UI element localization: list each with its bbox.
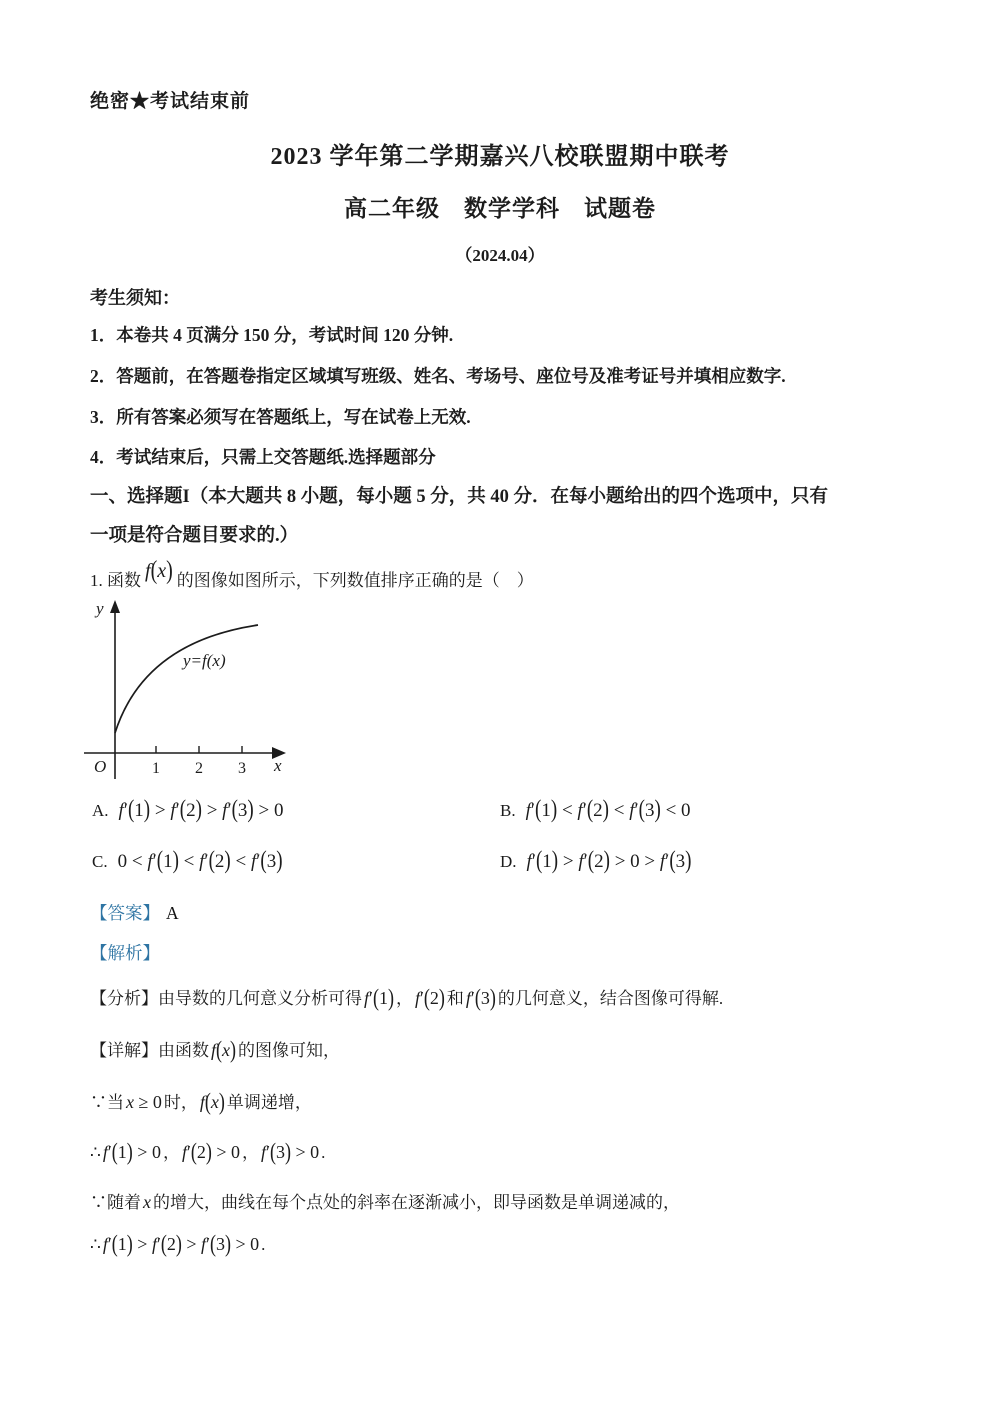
notice-heading: 考生须知： xyxy=(90,284,180,310)
detail-text-post: 的图像可知， xyxy=(238,1041,340,1060)
detail-line: 【详解】由函数f(x)的图像可知， xyxy=(90,1036,340,1061)
step1-text-post: 单调递增， xyxy=(227,1093,312,1112)
step2-comma-1: ， xyxy=(163,1143,180,1162)
option-c-expression: 0 < f′(1) < f′(2) < f′(3) xyxy=(118,851,283,873)
function-curve xyxy=(115,625,258,733)
x-tick-label-2: 2 xyxy=(195,760,203,777)
exam-title: 2023 学年第二学期嘉兴八校联盟期中联考 xyxy=(0,136,1000,171)
question-1-text: 的图像如图所示，下列数值排序正确的是（ ） xyxy=(177,571,534,590)
option-d: D.f′(1) > f′(2) > 0 > f′(3) xyxy=(500,851,693,873)
solution-step-1: ∵当x ≥ 0时，f(x)单调递增， xyxy=(90,1088,312,1113)
exam-paper-page: 绝密★考试结束前 2023 学年第二学期嘉兴八校联盟期中联考 高二年级 数学学科… xyxy=(0,0,1000,1414)
analysis-tag: 【分析】 xyxy=(90,989,158,1008)
notice-item-3: 3．所有答案必须写在答题纸上，写在试卷上无效. xyxy=(90,404,471,429)
analysis-comma-1: ， xyxy=(396,989,413,1008)
detail-math-1: f(x) xyxy=(211,1040,236,1061)
step3-text-post: 的增大，曲线在每个点处的斜率在逐渐减小，即导函数是单调递减的， xyxy=(153,1193,680,1212)
option-b-label: B. xyxy=(500,801,516,820)
question-1: 1. 函数f(x)的图像如图所示，下列数值排序正确的是（ ） xyxy=(90,566,534,592)
step2-math-3: f′(3) > 0 xyxy=(261,1142,319,1163)
step2-math-1: f′(1) > 0 xyxy=(103,1142,161,1163)
notice-item-2: 2．答题前，在答题卷指定区域填写班级、姓名、考场号、座位号及准考证号并填相应数字… xyxy=(90,363,786,388)
analysis-text-pre: 由导数的几何意义分析可得 xyxy=(158,989,362,1008)
solution-step-4: ∴f′(1) > f′(2) > f′(3) > 0. xyxy=(90,1234,265,1255)
answer-value: A xyxy=(166,903,179,923)
step4-period: . xyxy=(261,1235,265,1254)
solution-step-3: ∵随着x的增大，曲线在每个点处的斜率在逐渐减小，即导函数是单调递减的， xyxy=(90,1188,680,1213)
step3-text-pre: ∵随着 xyxy=(90,1193,141,1212)
analysis-text-post: 的几何意义，结合图像可得解. xyxy=(498,989,723,1008)
explanation-tag: 【解析】 xyxy=(90,943,160,963)
notice-item-4: 4．考试结束后，只需上交答题纸.选择题部分 xyxy=(90,444,436,469)
notice-item-1: 1．本卷共 4 页满分 150 分，考试时间 120 分钟. xyxy=(90,322,453,347)
answer-tag: 【答案】 xyxy=(90,903,160,923)
option-c: C.0 < f′(1) < f′(2) < f′(3) xyxy=(92,851,285,873)
option-a-expression: f′(1) > f′(2) > f′(3) > 0 xyxy=(119,800,284,822)
y-axis-arrow-icon xyxy=(110,600,120,613)
exam-subtitle: 高二年级 数学学科 试题卷 xyxy=(0,190,1000,223)
option-b-expression: f′(1) < f′(2) < f′(3) < 0 xyxy=(526,800,691,822)
analysis-math-2: f′(2) xyxy=(415,988,445,1009)
origin-label: O xyxy=(94,757,106,776)
y-axis-label: y xyxy=(94,599,104,618)
x-axis-label: x xyxy=(273,756,282,775)
step1-text-mid: 时， xyxy=(164,1093,198,1112)
option-d-expression: f′(1) > f′(2) > 0 > f′(3) xyxy=(527,851,692,873)
curve-equation-label: y=f(x) xyxy=(181,651,226,670)
question-1-lead: 函数 xyxy=(107,571,141,590)
analysis-math-1: f′(1) xyxy=(364,988,394,1009)
step2-text-pre: ∴ xyxy=(90,1143,101,1162)
option-a-label: A. xyxy=(92,801,109,820)
question-1-number: 1. xyxy=(90,571,103,590)
analysis-math-3: f′(3) xyxy=(466,988,496,1009)
step1-math-2: f(x) xyxy=(200,1092,225,1113)
detail-tag: 【详解】 xyxy=(90,1041,158,1060)
question-1-fx-math: f(x) xyxy=(145,560,173,583)
step3-math-1: x xyxy=(143,1192,151,1213)
step1-text-pre: ∵当 xyxy=(90,1093,124,1112)
solution-step-2: ∴f′(1) > 0，f′(2) > 0，f′(3) > 0. xyxy=(90,1138,325,1163)
option-d-label: D. xyxy=(500,852,517,871)
analysis-text-and: 和 xyxy=(447,989,464,1008)
explanation-tag-line: 【解析】 xyxy=(90,940,160,965)
answer-line: 【答案】A xyxy=(90,900,179,925)
x-tick-label-1: 1 xyxy=(152,760,160,777)
step2-period: . xyxy=(321,1143,325,1162)
x-tick-label-3: 3 xyxy=(238,760,246,777)
exam-date: （2024.04） xyxy=(0,241,1000,266)
step2-comma-2: ， xyxy=(242,1143,259,1162)
step2-math-2: f′(2) > 0 xyxy=(182,1142,240,1163)
option-c-label: C. xyxy=(92,852,108,871)
analysis-line: 【分析】由导数的几何意义分析可得f′(1)，f′(2)和f′(3)的几何意义，结… xyxy=(90,984,723,1009)
step4-text-pre: ∴ xyxy=(90,1235,101,1254)
classification-banner: 绝密★考试结束前 xyxy=(90,86,250,113)
option-a: A.f′(1) > f′(2) > f′(3) > 0 xyxy=(92,800,285,822)
step4-math-1: f′(1) > f′(2) > f′(3) > 0 xyxy=(103,1234,259,1255)
detail-text-pre: 由函数 xyxy=(158,1041,209,1060)
function-graph: y O 1 2 3 x y=f(x) xyxy=(78,596,313,796)
section-one-heading: 一、选择题I（本大题共 8 小题，每小题 5 分，共 40 分．在每小题给出的四… xyxy=(90,478,845,556)
step1-math-1: x ≥ 0 xyxy=(126,1092,162,1113)
option-b: B.f′(1) < f′(2) < f′(3) < 0 xyxy=(500,800,693,822)
